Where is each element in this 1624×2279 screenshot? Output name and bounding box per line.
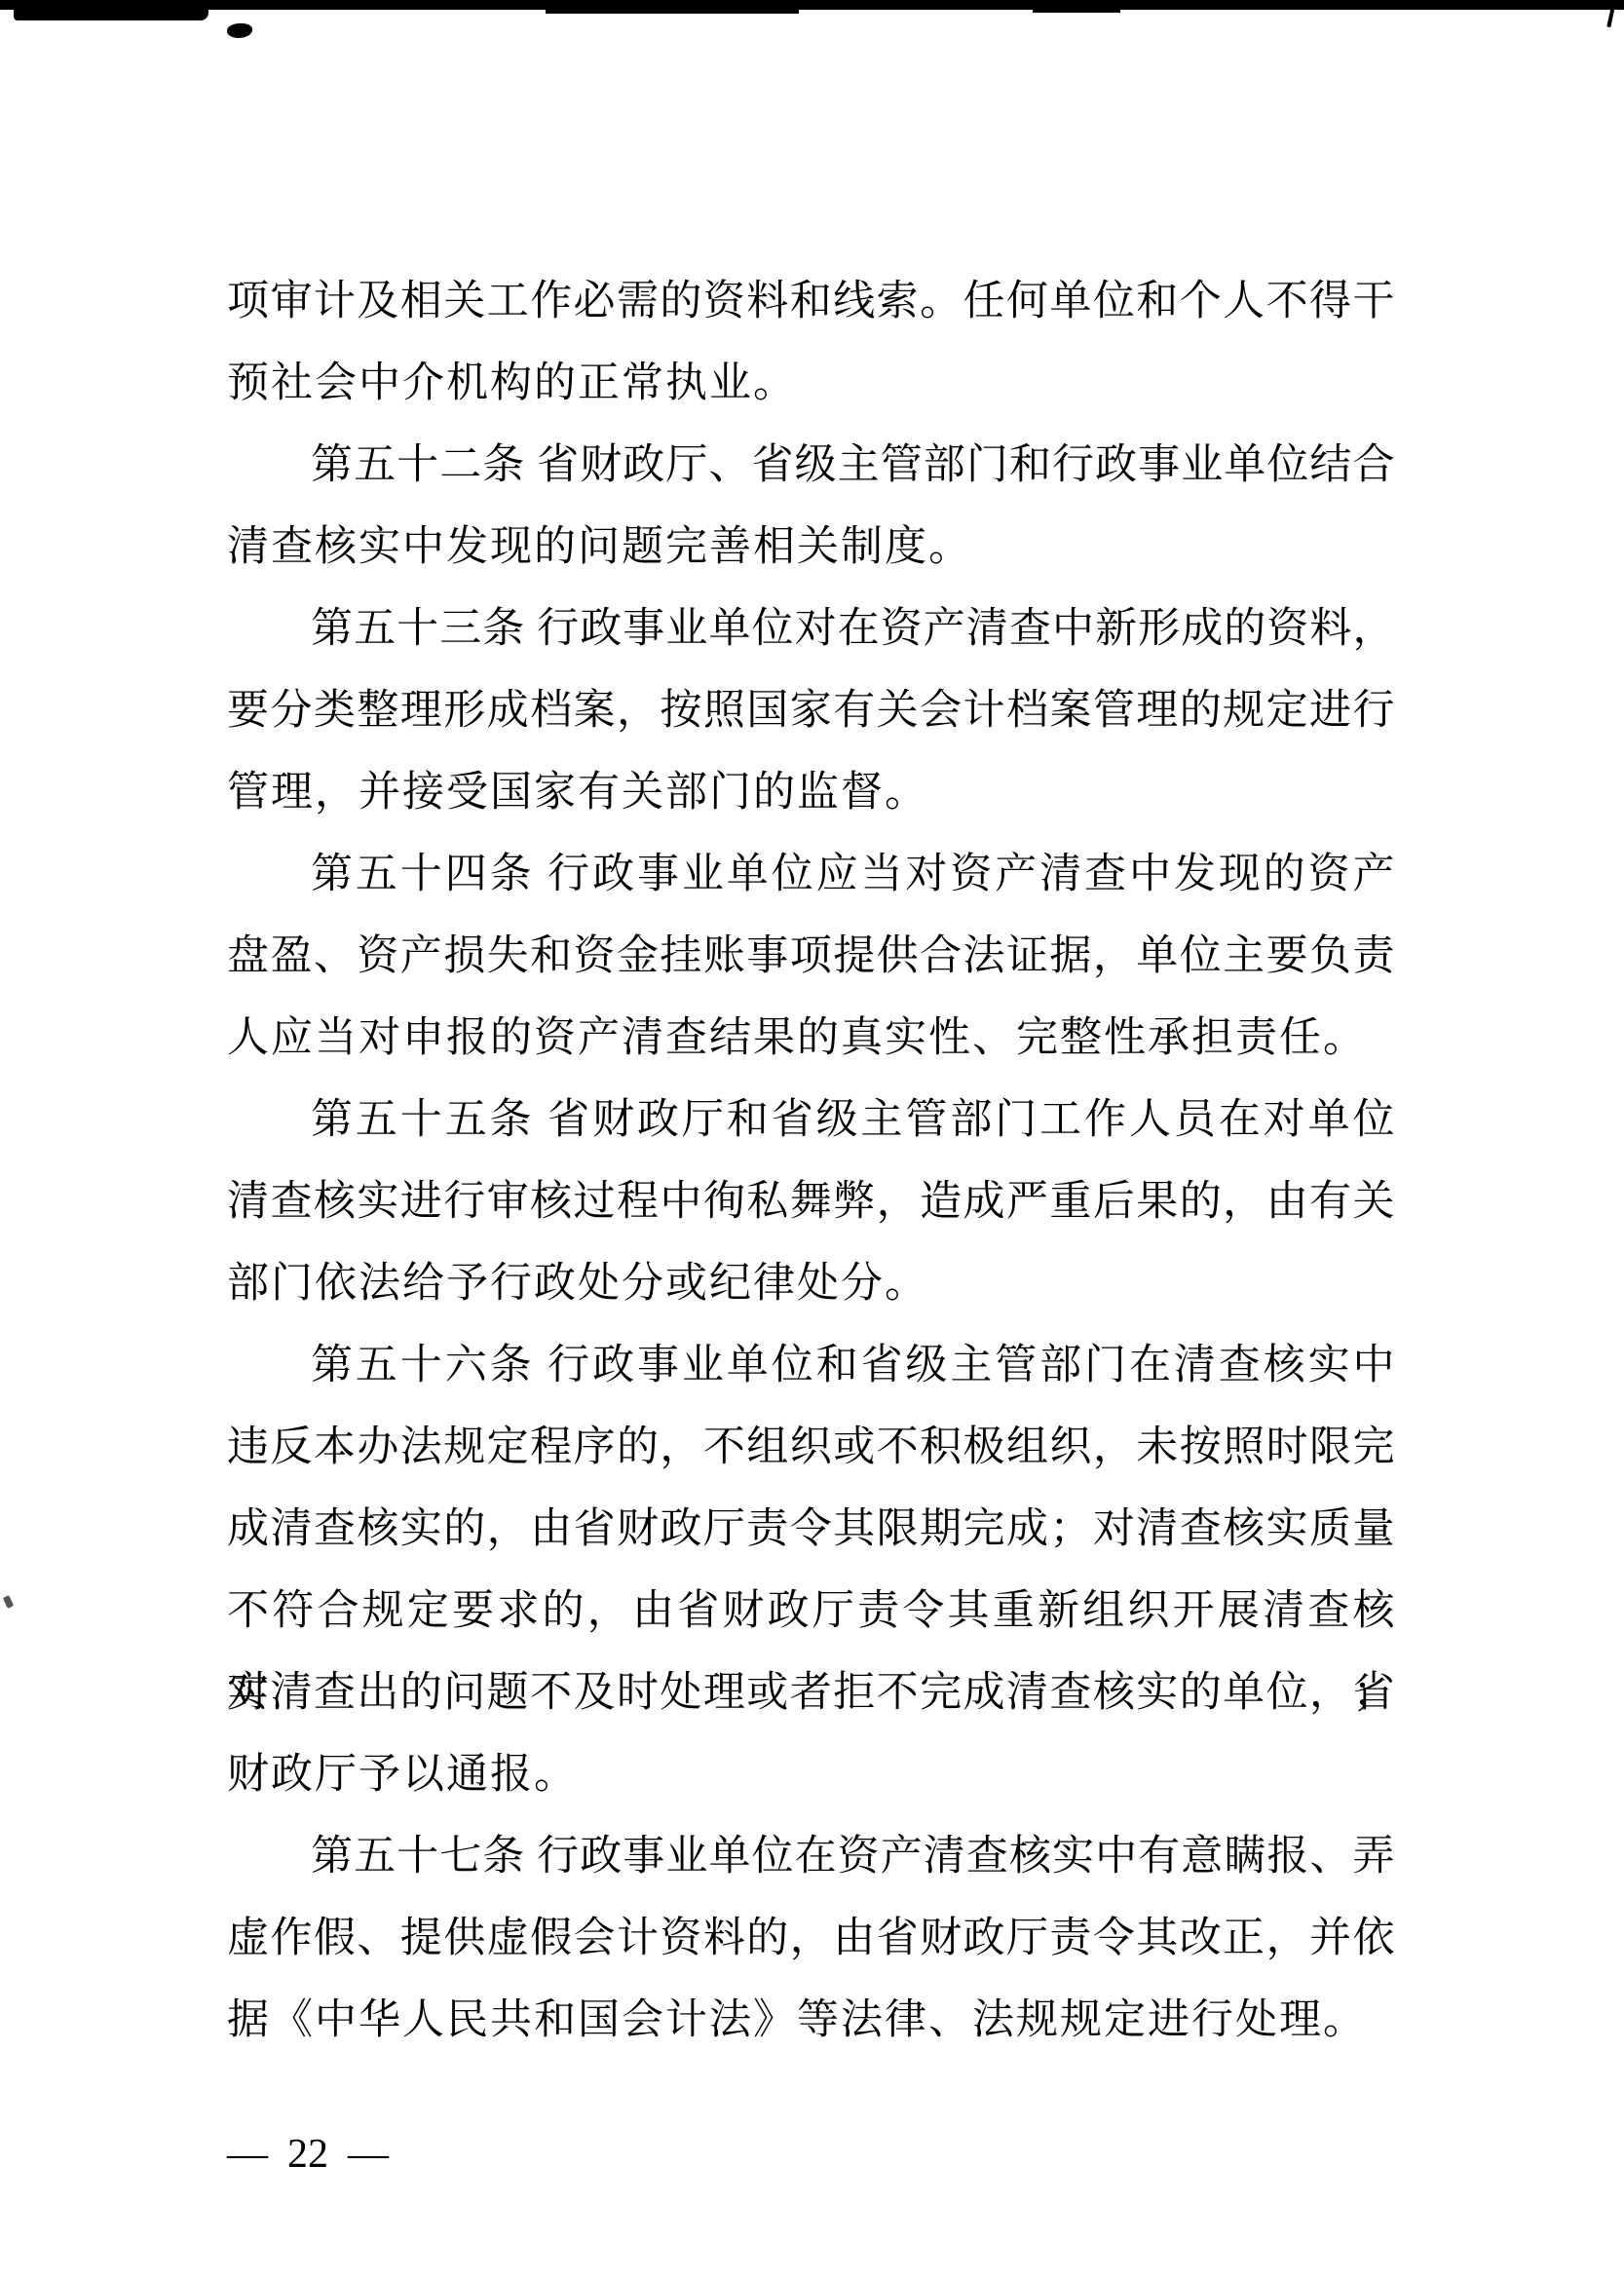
document-page: 项审计及相关工作必需的资料和线索。任何单位和个人不得干 预社会中介机构的正常执业…: [0, 0, 1624, 2279]
text-line-article-53: 第五十三条 行政事业单位对在资产清查中新形成的资料，: [227, 589, 1395, 670]
text-line: 项审计及相关工作必需的资料和线索。任何单位和个人不得干: [227, 261, 1395, 343]
text-line: 部门依法给予行政处分或纪律处分。: [227, 1243, 1395, 1325]
text-line-article-56: 第五十六条 行政事业单位和省级主管部门在清查核实中: [227, 1325, 1395, 1407]
document-body: 项审计及相关工作必需的资料和线索。任何单位和个人不得干 预社会中介机构的正常执业…: [227, 261, 1395, 2062]
scan-bar-left-blotch: [14, 0, 208, 20]
text-line: 成清查核实的，由省财政厅责令其限期完成；对清查核实质量: [227, 1489, 1395, 1571]
text-line: 对清查出的问题不及时处理或者拒不完成清查核实的单位，省: [227, 1652, 1395, 1734]
footer-page-number: 22: [287, 2131, 328, 2178]
scan-artifact-top-bar: [0, 0, 1624, 47]
text-line: 不符合规定要求的，由省财政厅责令其重新组织开展清查核实；: [227, 1571, 1395, 1652]
text-line-article-55: 第五十五条 省财政厅和省级主管部门工作人员在对单位: [227, 1080, 1395, 1161]
footer-right-dash: —: [348, 2131, 389, 2178]
text-line: 虚作假、提供虚假会计资料的，由省财政厅责令其改正，并依: [227, 1898, 1395, 1980]
text-line: 财政厅予以通报。: [227, 1734, 1395, 1816]
scan-speck-left-margin: [3, 1595, 14, 1609]
footer-left-dash: —: [227, 2131, 268, 2178]
text-line: 违反本办法规定程序的，不组织或不积极组织，未按照时限完: [227, 1407, 1395, 1489]
scan-bar-strip: [0, 0, 1624, 10]
text-line: 盘盈、资产损失和资金挂账事项提供合法证据，单位主要负责: [227, 916, 1395, 998]
scan-ink-blob: [227, 23, 252, 38]
text-line-article-57: 第五十七条 行政事业单位在资产清查核实中有意瞒报、弄: [227, 1816, 1395, 1898]
text-line: 人应当对申报的资产清查结果的真实性、完整性承担责任。: [227, 998, 1395, 1080]
text-line: 要分类整理形成档案，按照国家有关会计档案管理的规定进行: [227, 670, 1395, 752]
text-line-article-52: 第五十二条 省财政厅、省级主管部门和行政事业单位结合: [227, 425, 1395, 507]
text-line: 据《中华人民共和国会计法》等法律、法规规定进行处理。: [227, 1980, 1395, 2062]
text-line: 预社会中介机构的正常执业。: [227, 343, 1395, 425]
scan-bar-mid-blotch: [546, 0, 799, 14]
text-line: 管理，并接受国家有关部门的监督。: [227, 752, 1395, 834]
text-line-article-54: 第五十四条 行政事业单位应当对资产清查中发现的资产: [227, 834, 1395, 916]
scan-bar-mid-blotch-2: [1033, 0, 1120, 13]
text-line: 清查核实中发现的问题完善相关制度。: [227, 507, 1395, 589]
text-line: 清查核实进行审核过程中徇私舞弊，造成严重后果的，由有关: [227, 1161, 1395, 1243]
page-number: — 22 —: [227, 2130, 389, 2179]
